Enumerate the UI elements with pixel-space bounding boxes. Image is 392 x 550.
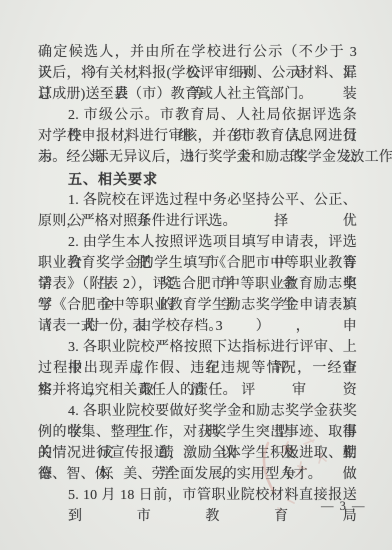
text-line: 对学校申报材料进行审核，并在市教育信息网进行为期 3 天的公 bbox=[38, 126, 357, 147]
text-line: 议后，将有关材料报(学校评审细则、公示材料、汇总表等，装 bbox=[38, 63, 357, 84]
text-line: 关情况进行宣传报道，激励全体学生积极进取、勤奋好学，争做 bbox=[38, 443, 357, 464]
text-line: 2. 市级公示。市教育局、人社局依据评选条件，组织人员 bbox=[38, 105, 357, 126]
text-line: 4. 各职业院校要做好奖学金和励志奖学金获奖学生典型事 bbox=[38, 401, 357, 422]
text-line: 订成册)送至县（市）教育或人社主管部门。 bbox=[38, 84, 357, 105]
text-line: 过程中出现弄虚作假、违纪违规等情况，一经查实，取消评审资 bbox=[38, 358, 357, 379]
section-heading: 五、相关要求 bbox=[38, 169, 357, 190]
page-number: — 3 — bbox=[321, 499, 366, 514]
text-line: 职业教育奖学金的学生填写《合肥市中等职业教育学生奖学金申 bbox=[38, 253, 357, 274]
text-line: 德、智、体、美、劳全面发展的实用型人才。 bbox=[38, 464, 357, 485]
document-page: 确定候选人，并由所在学校进行公示（不少于 3 天），公示无异议后，将有关材料报(… bbox=[0, 0, 392, 550]
text-line: 例的收集、整理工作，对获奖学生突出事迹、取得的成绩以及相 bbox=[38, 422, 357, 443]
text-line: 3. 各职业院校严格按照下达指标进行评审、上报，在评审 bbox=[38, 337, 357, 358]
text-line: 确定候选人，并由所在学校进行公示（不少于 3 天），公示无异 bbox=[38, 42, 357, 63]
text-line: 写《合肥市中等职业教育学生励志奖学金申请表》（附表 3），申 bbox=[38, 295, 357, 316]
text-line: 2. 由学生本人按照评选项目填写申请表，评选合肥市中等 bbox=[38, 232, 357, 253]
text-line: 1. 各院校在评选过程中务必坚持公平、公正、公开、择优 bbox=[38, 190, 357, 211]
text-line: 请表》（附表 2），评选合肥市中等职业教育励志奖学金的学生填 bbox=[38, 274, 357, 295]
text-line: 5. 10 月 18 日前，市管职业院校材料直接报送到市教育局 bbox=[38, 485, 357, 506]
text-line: 示。经公示无异议后，进行奖学金和励志奖学金发放工作。 bbox=[38, 147, 357, 168]
text-body: 确定候选人，并由所在学校进行公示（不少于 3 天），公示无异议后，将有关材料报(… bbox=[38, 42, 357, 506]
